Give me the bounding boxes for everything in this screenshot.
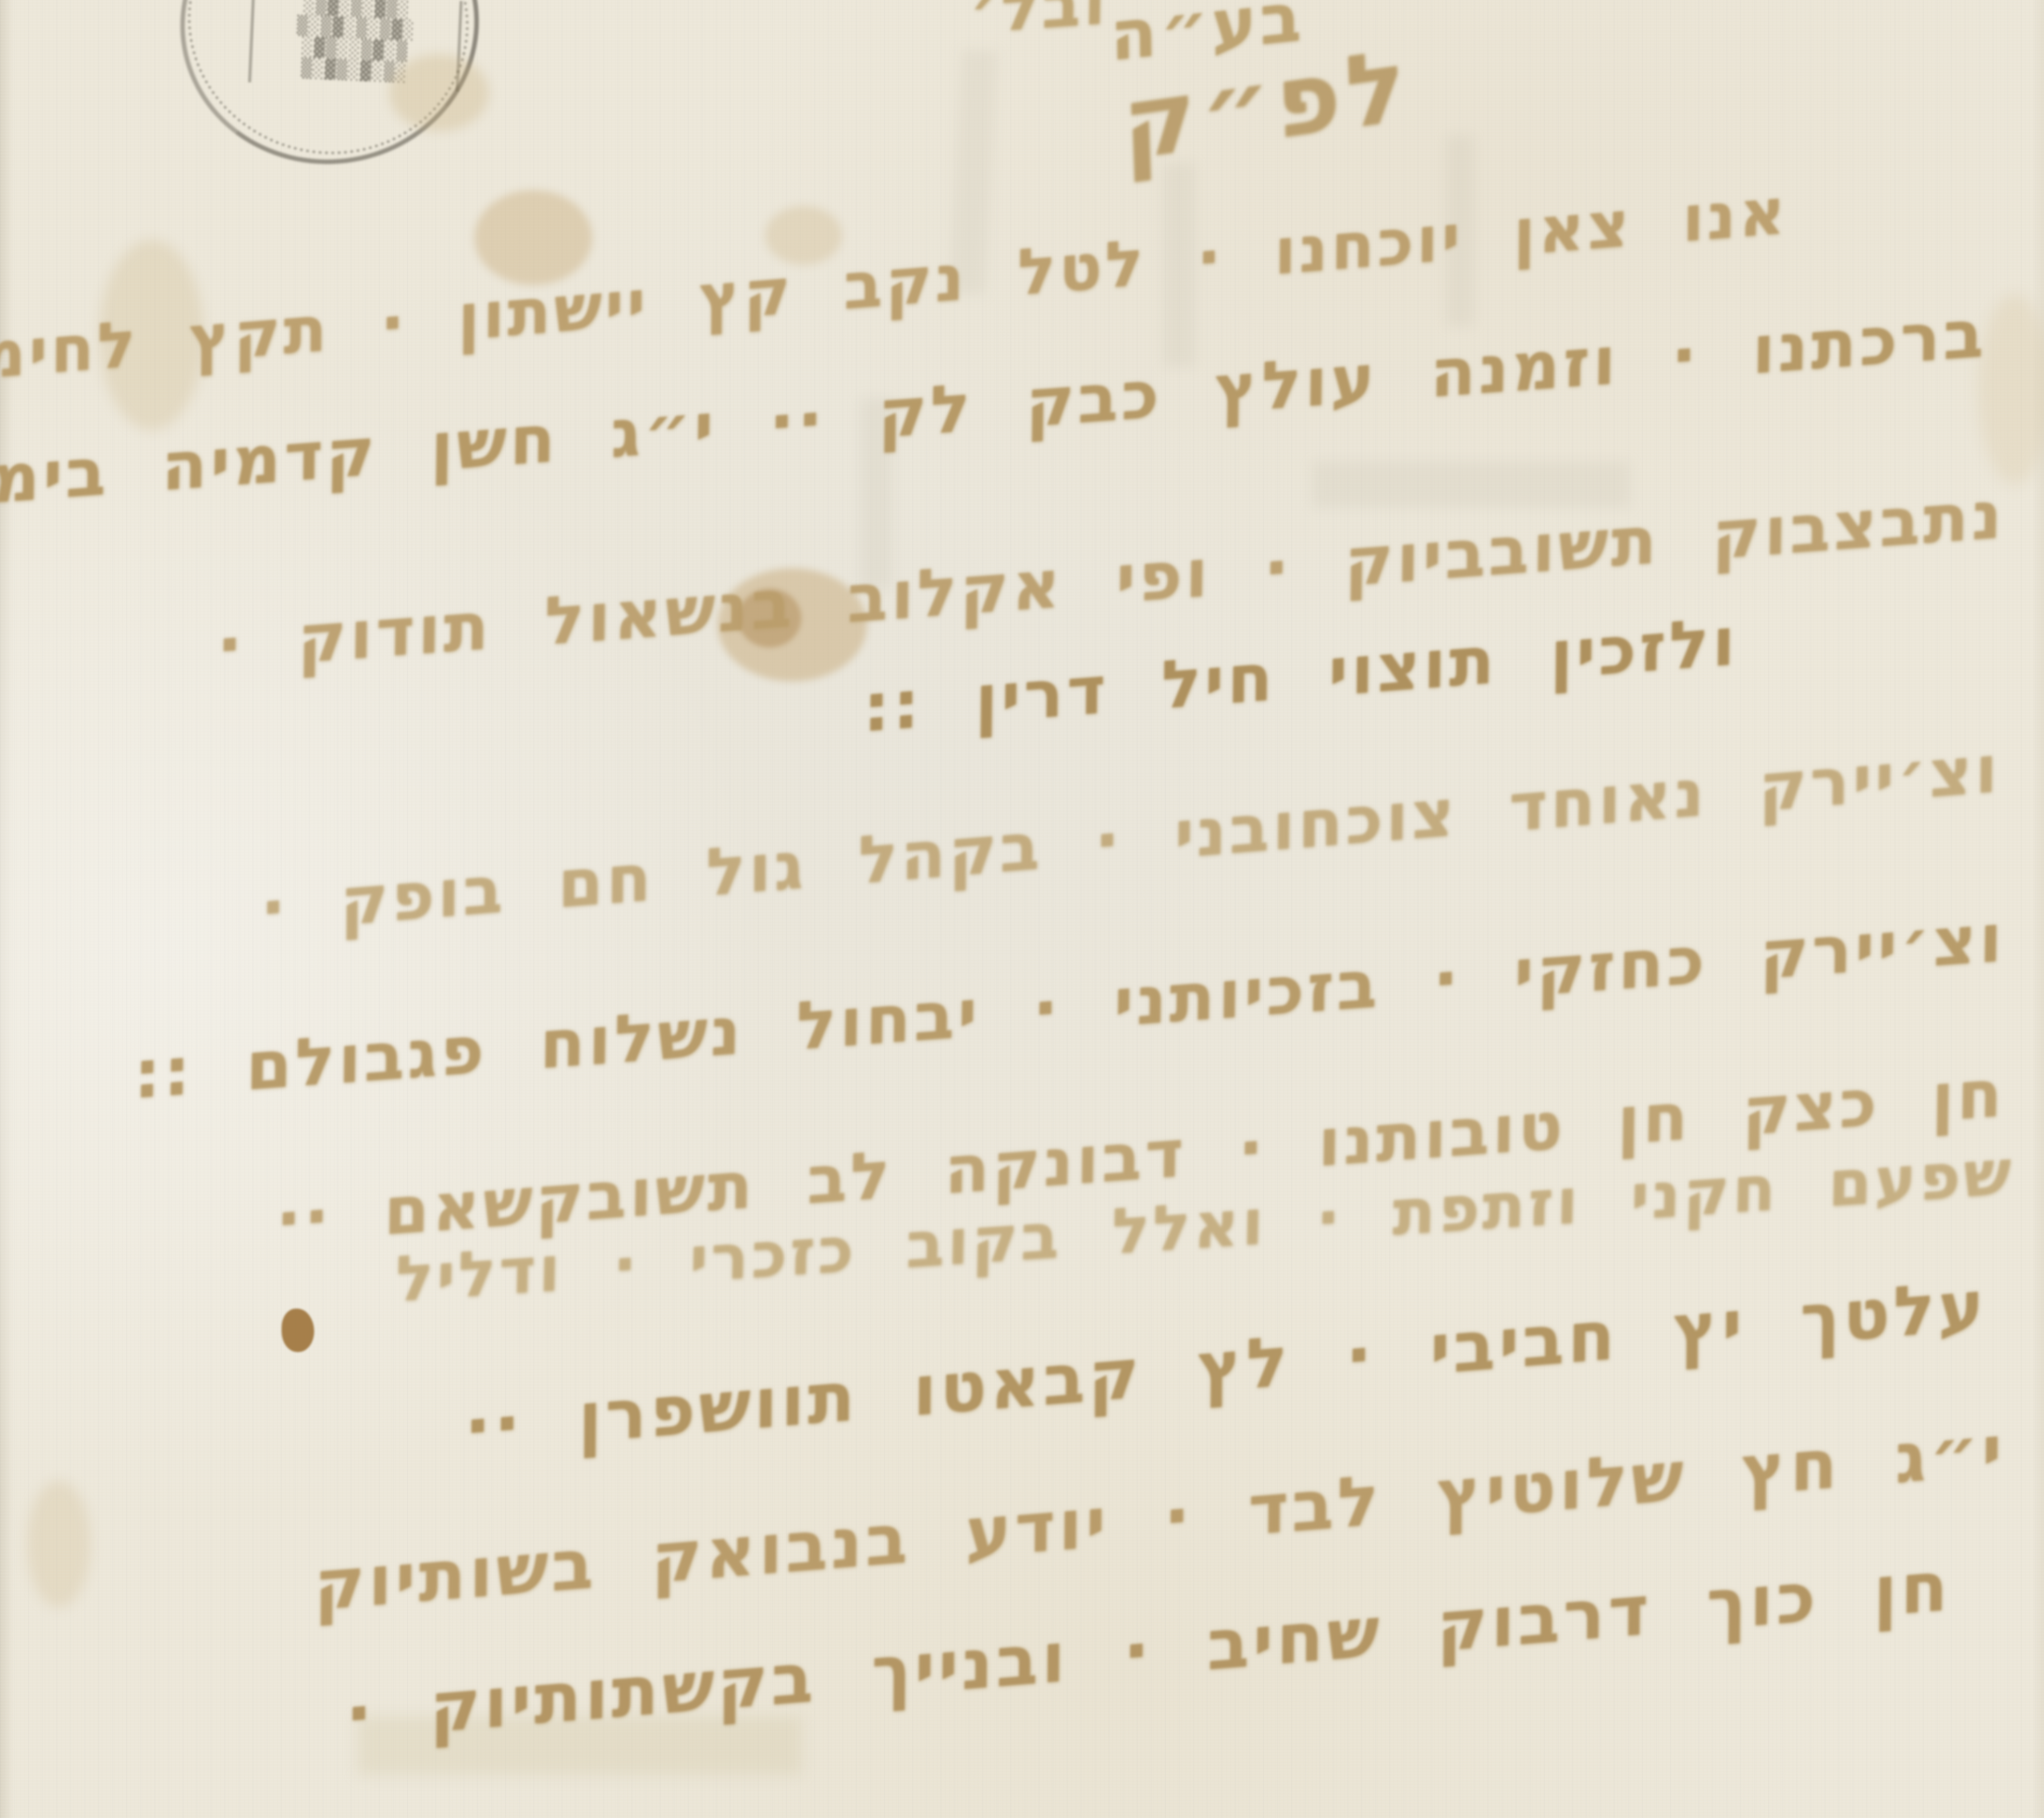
top-edge-fragment: ובל׳ — [969, 0, 1109, 48]
stamp-inscription: ░▒▓░▒░▓▒░ ▒░▒▓░▒░▒▓░ ░▓▒░░▒▓░▒ ▒░▓▒░▓░▒░ — [248, 0, 463, 91]
stamp-inscription-row: ▒░▓▒░▓░▒░ — [251, 56, 457, 86]
stamp-inscription-row: ░▒▓░▒░▓▒░ — [254, 0, 460, 22]
manuscript-page: ░▒▓░▒░▓▒░ ▒░▒▓░▒░▒▓░ ░▓▒░░▒▓░▒ ▒░▓▒░▓░▒░… — [0, 0, 2044, 1818]
stamp-inscription-row: ░▓▒░░▒▓░▒ — [252, 34, 458, 65]
paper-stain — [27, 1481, 91, 1607]
stamp-broken-ring — [163, 0, 493, 180]
ink-dot-stain — [282, 1309, 314, 1352]
show-through-ghost — [1313, 462, 1630, 507]
handwritten-line-5: וצ׳יירק נאוחד צוכחובני · בקהל גול חם בופ… — [261, 730, 2001, 946]
stamp-inscription-row: ▒░▒▓░▒░▒▓░ — [253, 13, 459, 43]
paper-stain — [474, 190, 592, 285]
paper-stain — [1978, 294, 2044, 484]
paper-stain — [389, 54, 489, 131]
stamp-outer-ring — [164, 0, 495, 181]
